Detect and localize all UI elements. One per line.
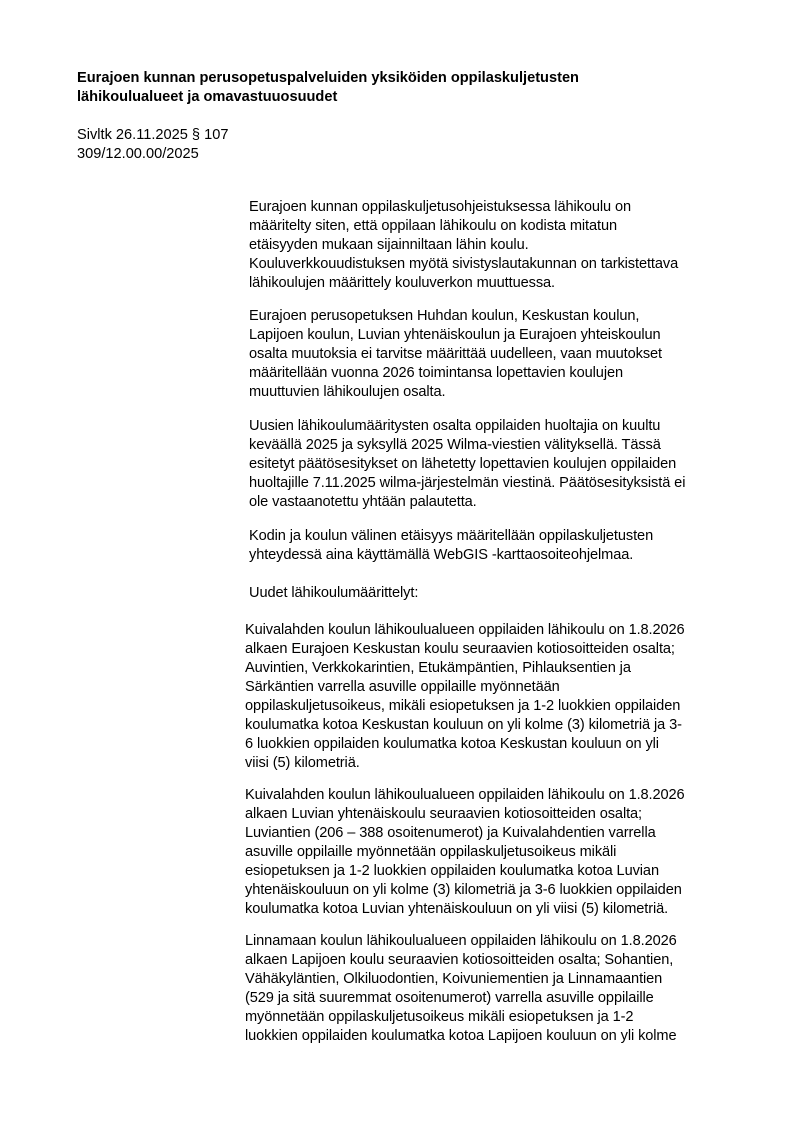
text-line: koulumatka kotoa Keskustan kouluun on yl… xyxy=(245,716,685,735)
text-line: Kuivalahden koulun lähikoulualueen oppil… xyxy=(245,786,685,805)
text-line: Eurajoen perusopetuksen Huhdan koulun, K… xyxy=(249,307,662,326)
document-meta: Sivltk 26.11.2025 § 107 309/12.00.00/202… xyxy=(77,126,228,164)
text-line: Kouluverkkouudistuksen myötä sivistyslau… xyxy=(249,255,678,274)
text-line: huoltajille 7.11.2025 wilma-järjestelmän… xyxy=(249,474,685,493)
title-line: lähikoulualueet ja omavastuuosuudet xyxy=(77,88,697,107)
text-line: esitetyt päätösesitykset on lähetetty lo… xyxy=(249,455,685,474)
text-line: alkaen Eurajoen Keskustan koulu seuraavi… xyxy=(245,640,685,659)
text-line: myönnetään oppilaskuljetusoikeus mikäli … xyxy=(245,1008,677,1027)
document-title: Eurajoen kunnan perusopetuspalveluiden y… xyxy=(77,69,697,107)
text-line: Linnamaan koulun lähikoulualueen oppilai… xyxy=(245,932,677,951)
text-line: Särkäntien varrella asuville oppilaille … xyxy=(245,678,685,697)
text-line: määritelty siten, että oppilaan lähikoul… xyxy=(249,217,678,236)
text-line: osalta muutoksia ei tarvitse määrittää u… xyxy=(249,345,662,364)
text-line: yhteydessä aina käyttämällä WebGIS -kart… xyxy=(249,546,653,565)
text-line: luokkien oppilaiden koulumatka kotoa Lap… xyxy=(245,1027,677,1046)
text-line: ole vastaanotettu yhtään palautetta. xyxy=(249,493,685,512)
text-line: esiopetuksen ja 1-2 luokkien oppilaiden … xyxy=(245,862,685,881)
text-line: yhtenäiskouluun on yli kolme (3) kilomet… xyxy=(245,881,685,900)
text-line: koulumatka kotoa Luvian yhtenäiskouluun … xyxy=(245,900,685,919)
text-line: Vähäkyläntien, Olkiluodontien, Koivuniem… xyxy=(245,970,677,989)
text-line: Eurajoen kunnan oppilaskuljetusohjeistuk… xyxy=(249,198,678,217)
paragraph-consultation: Uusien lähikoulumääritysten osalta oppil… xyxy=(249,417,685,512)
text-line: alkaen Luvian yhtenäiskoulu seuraavien k… xyxy=(245,805,685,824)
text-line: alkaen Lapijoen koulu seuraavien kotioso… xyxy=(245,951,677,970)
text-line: määritellään vuonna 2026 toimintansa lop… xyxy=(249,364,662,383)
definition-kuivalahti-keskusta: Kuivalahden koulun lähikoulualueen oppil… xyxy=(245,621,685,773)
definition-kuivalahti-luvia: Kuivalahden koulun lähikoulualueen oppil… xyxy=(245,786,685,919)
text-line: (529 ja sitä suuremmat osoitenumerot) va… xyxy=(245,989,677,1008)
paragraph-distance-measurement: Kodin ja koulun välinen etäisyys määrite… xyxy=(249,527,653,565)
text-line: Auvintien, Verkkokarintien, Etukämpäntie… xyxy=(245,659,685,678)
text-line: Kuivalahden koulun lähikoulualueen oppil… xyxy=(245,621,685,640)
paragraph-unchanged-schools: Eurajoen perusopetuksen Huhdan koulun, K… xyxy=(249,307,662,402)
text-line: Uudet lähikoulumäärittelyt: xyxy=(249,584,418,603)
text-line: Luviantien (206 – 388 osoitenumerot) ja … xyxy=(245,824,685,843)
paragraph-intro: Eurajoen kunnan oppilaskuljetusohjeistuk… xyxy=(249,198,678,293)
title-line: Eurajoen kunnan perusopetuspalveluiden y… xyxy=(77,69,697,88)
text-line: Kodin ja koulun välinen etäisyys määrite… xyxy=(249,527,653,546)
text-line: muuttuvien lähikoulujen osalta. xyxy=(249,383,662,402)
text-line: asuville oppilaille myönnetään oppilasku… xyxy=(245,843,685,862)
text-line: 6 luokkien oppilaiden koulumatka kotoa K… xyxy=(245,735,685,754)
definition-linnamaa-lapijoki: Linnamaan koulun lähikoulualueen oppilai… xyxy=(245,932,677,1046)
text-line: Lapijoen koulun, Luvian yhtenäiskoulun j… xyxy=(249,326,662,345)
text-line: viisi (5) kilometriä. xyxy=(245,754,685,773)
text-line: etäisyyden mukaan sijainniltaan lähin ko… xyxy=(249,236,678,255)
paragraph-new-definitions-heading: Uudet lähikoulumäärittelyt: xyxy=(249,584,418,603)
meeting-reference: Sivltk 26.11.2025 § 107 xyxy=(77,126,228,145)
text-line: lähikoulujen määrittely kouluverkon muut… xyxy=(249,274,678,293)
text-line: keväällä 2025 ja syksyllä 2025 Wilma-vie… xyxy=(249,436,685,455)
text-line: Uusien lähikoulumääritysten osalta oppil… xyxy=(249,417,685,436)
case-number: 309/12.00.00/2025 xyxy=(77,145,228,164)
text-line: oppilaskuljetusoikeus, mikäli esiopetuks… xyxy=(245,697,685,716)
